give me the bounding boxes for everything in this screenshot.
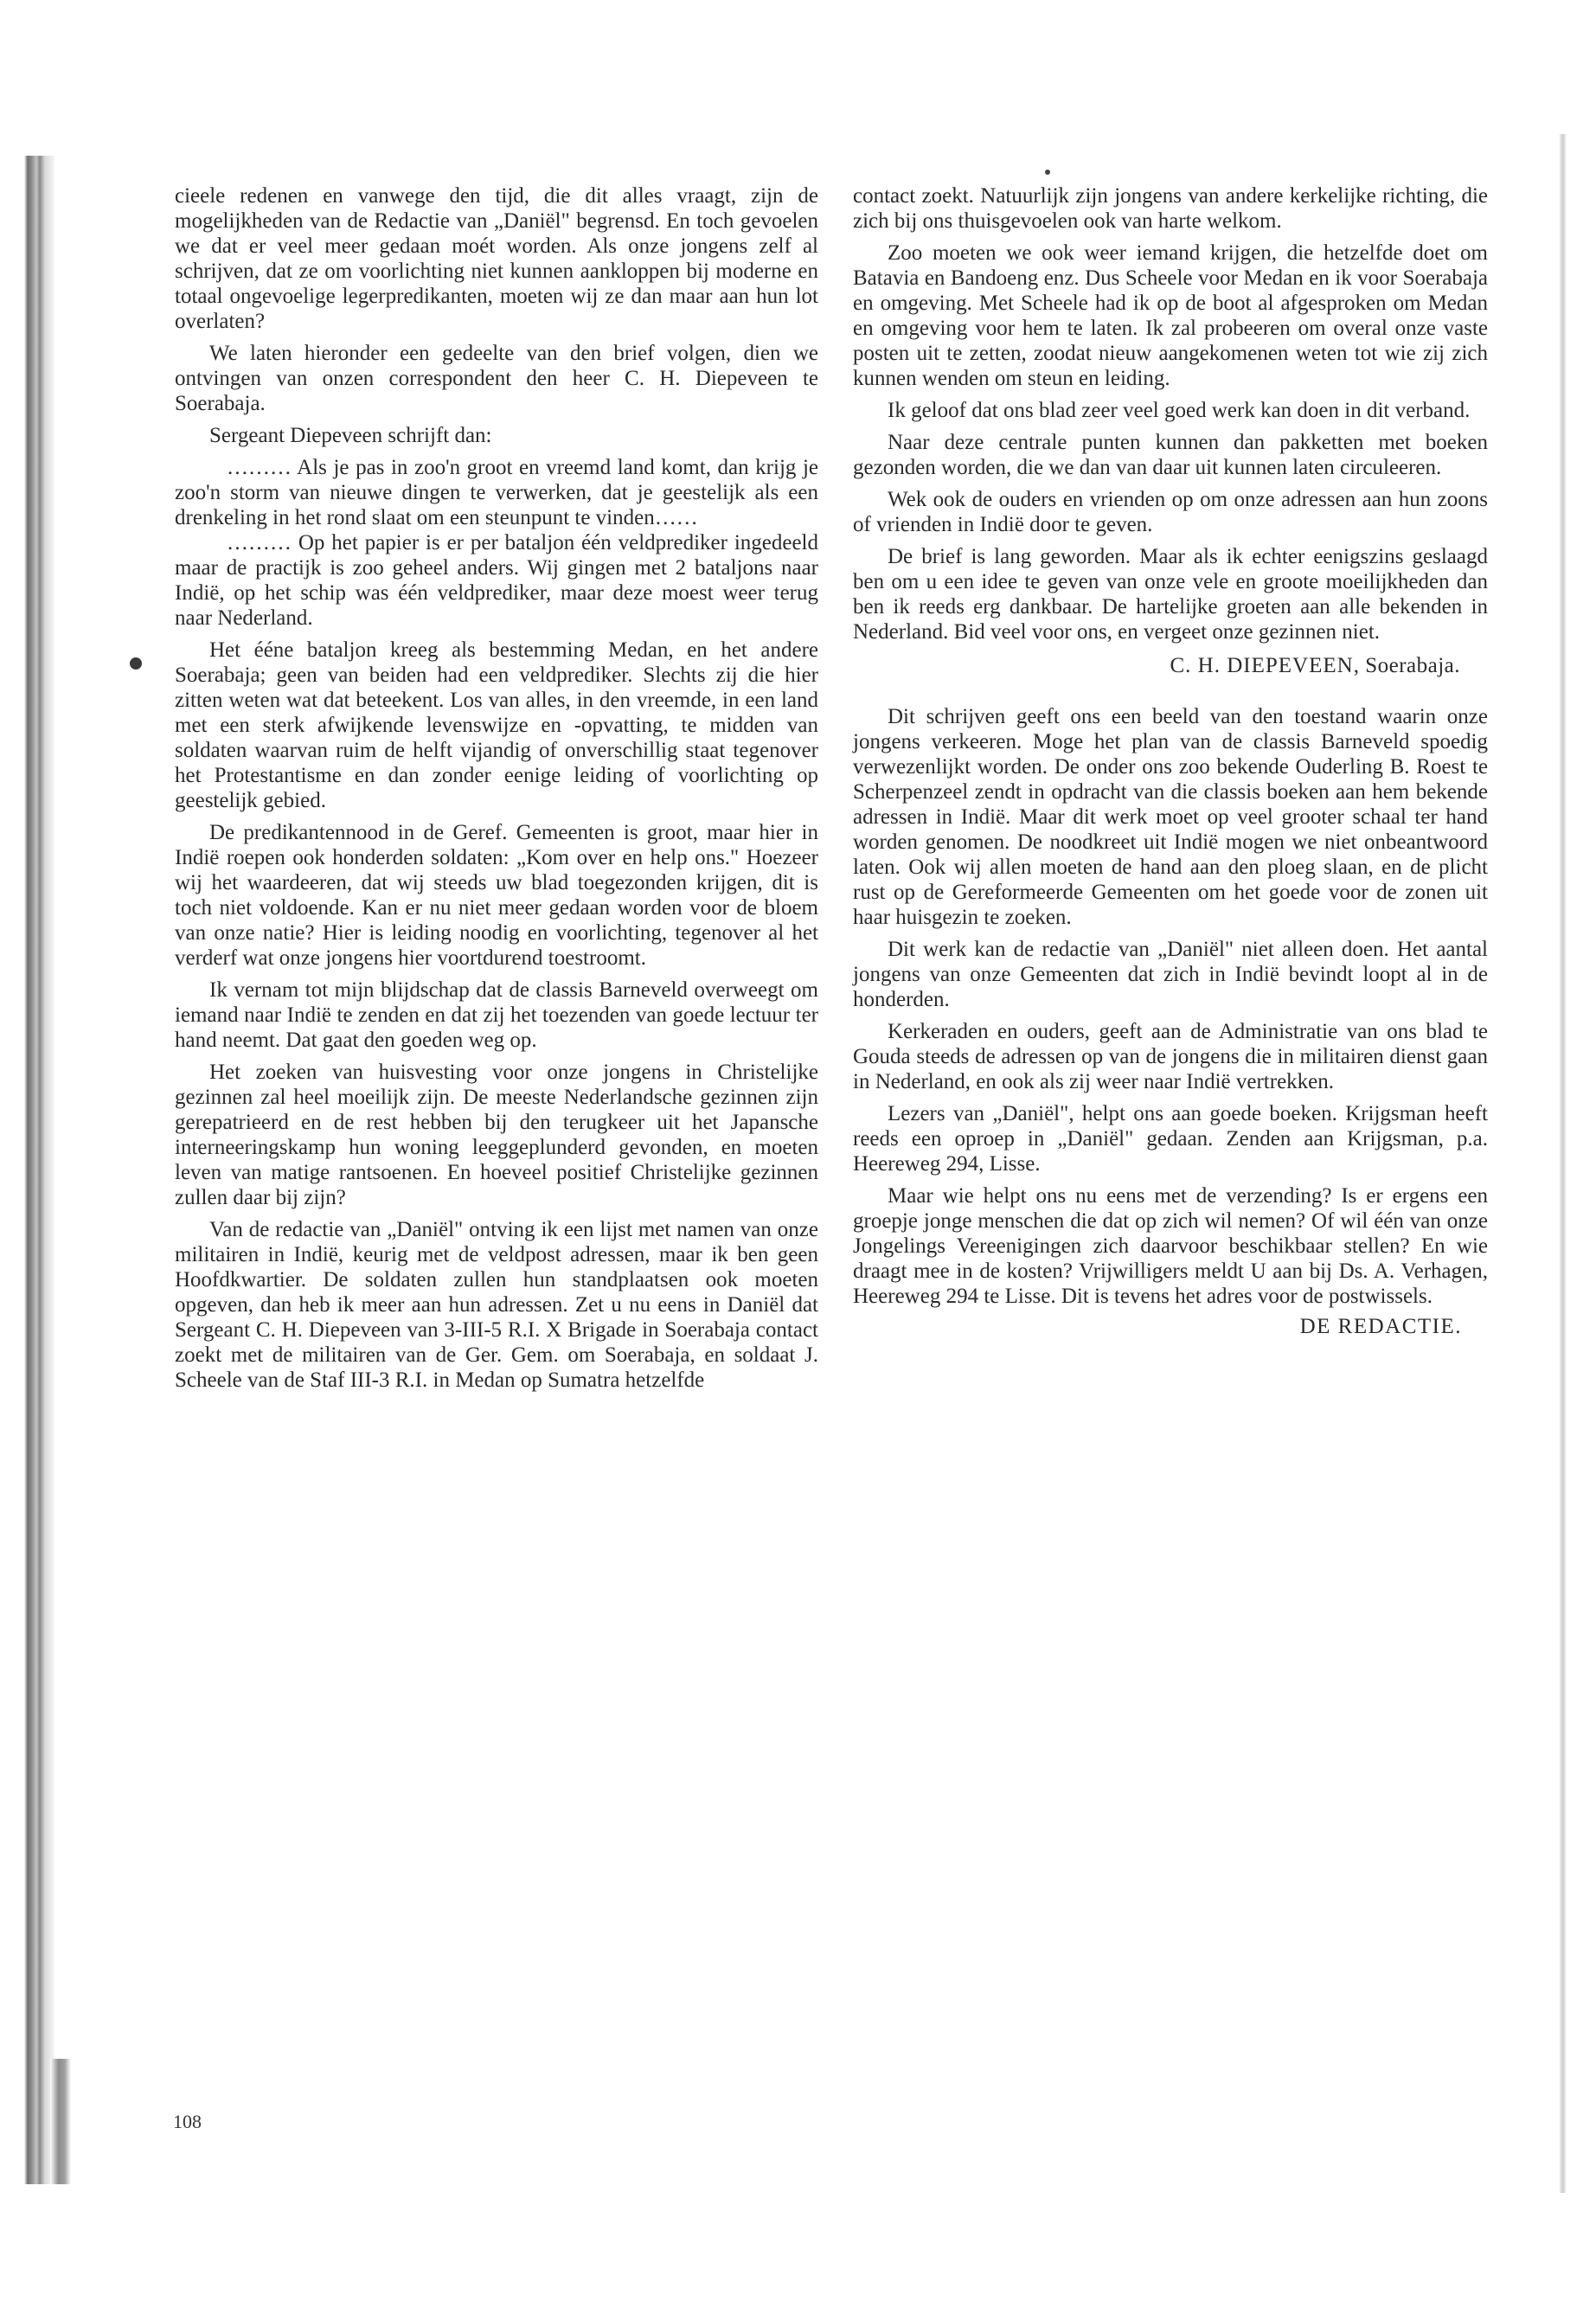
editorial-paragraph: Dit werk kan de redactie van „Daniël" ni… (853, 937, 1488, 1012)
letter-paragraph: ……… Op het papier is er per bataljon één… (175, 530, 818, 631)
scan-speck (130, 657, 142, 670)
letter-paragraph: Wek ook de ouders en vrienden op om onze… (853, 487, 1488, 537)
letter-paragraph: Het ééne bataljon kreeg als bestemming M… (175, 638, 818, 813)
binding-shadow-lower (50, 2059, 71, 2184)
letter-paragraph: Van de redactie van „Daniël" ontving ik … (175, 1217, 818, 1393)
letter-paragraph: contact zoekt. Natuurlijk zijn jongens v… (853, 183, 1488, 234)
signature-place: , Soerabaja. (1354, 654, 1460, 677)
binding-shadow (24, 156, 55, 2184)
letter-paragraph: De predikantennood in de Geref. Gemeente… (175, 820, 818, 971)
scan-speck (1045, 170, 1050, 175)
editorial-paragraph: Maar wie helpt ons nu eens met de verzen… (853, 1183, 1488, 1309)
paragraph: Sergeant Diepeveen schrijft dan: (175, 423, 818, 448)
editorial-paragraph: Kerkeraden en ouders, geeft aan de Admin… (853, 1019, 1488, 1094)
letter-paragraph: Het zoeken van huisvesting voor onze jon… (175, 1060, 818, 1210)
editorial-signature: DE REDACTIE. (853, 1314, 1488, 1339)
editorial-paragraph: Dit schrijven geeft ons een beeld van de… (853, 704, 1488, 930)
page-edge-shadow (1559, 134, 1567, 2193)
right-column: contact zoekt. Natuurlijk zijn jongens v… (853, 183, 1488, 1339)
letter-signature: C. H. DIEPEVEEN, Soerabaja. (853, 653, 1488, 678)
paragraph: We laten hieronder een gedeelte van den … (175, 341, 818, 416)
letter-paragraph: ……… Als je pas in zoo'n groot en vreemd … (175, 455, 818, 530)
paragraph: cieele redenen en vanwege den tijd, die … (175, 183, 818, 334)
page-number: 108 (173, 2111, 202, 2133)
letter-paragraph: Naar deze centrale punten kunnen dan pak… (853, 430, 1488, 480)
editorial-paragraph: Lezers van „Daniël", helpt ons aan goede… (853, 1101, 1488, 1176)
signature-name: C. H. DIEPEVEEN (1170, 654, 1353, 677)
left-column: cieele redenen en vanwege den tijd, die … (175, 183, 818, 1400)
letter-paragraph: De brief is lang geworden. Maar als ik e… (853, 544, 1488, 644)
letter-paragraph: Ik geloof dat ons blad zeer veel goed we… (853, 398, 1488, 423)
letter-paragraph: Ik vernam tot mijn blijdschap dat de cla… (175, 977, 818, 1053)
letter-paragraph: Zoo moeten we ook weer iemand krijgen, d… (853, 240, 1488, 391)
